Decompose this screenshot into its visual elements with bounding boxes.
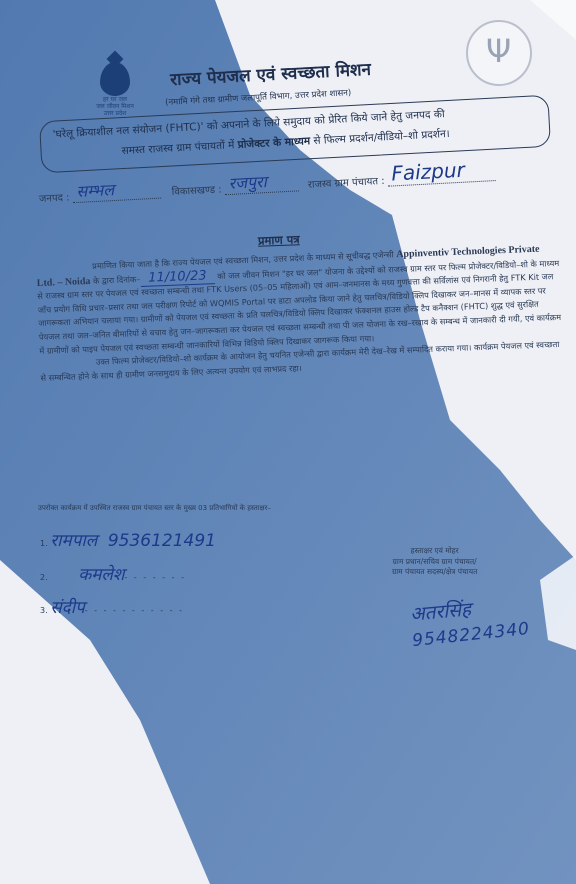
banner-line-2-post: से फिल्म प्रदर्शन/वीडियो–शो प्रदर्शन। <box>310 128 450 147</box>
authority-line-3: ग्राम पंचायत सदस्य/क्षेत्र पंचायत <box>392 567 477 578</box>
body-p1-b: के द्वारा दिनांक– <box>90 274 140 286</box>
participant-1-name: रामपाल <box>50 531 97 551</box>
certificate-heading: प्रमाण पत्र <box>258 232 300 248</box>
banner-line-2-pre: समस्त राजस्व ग्राम पंचायतों में <box>121 139 238 157</box>
logo-caption-1: हर घर जल <box>92 96 138 103</box>
authority-line-1: हस्ताक्षर एवं मोहर <box>392 546 477 557</box>
district-label: जनपद : <box>39 189 70 205</box>
authority-line-2: ग्राम प्रधान/सचिव ग्राम पंचायत/ <box>392 557 477 568</box>
dotted-line: - - - - - - - - - - - <box>85 606 184 615</box>
logo-caption-2: जल जीवन मिशन <box>92 103 138 110</box>
participant-1-number: 1. <box>40 539 48 548</box>
participant-2: 2. कमलेश- - - - - - - <box>40 562 186 585</box>
participant-1-phone: 9536121491 <box>108 531 216 551</box>
district-value: सम्भल <box>72 176 161 204</box>
participant-2-number: 2. <box>40 573 48 582</box>
participant-2-name: कमलेश <box>78 565 124 585</box>
mission-title: राज्य पेयजल एवं स्वच्छता मिशन <box>170 57 372 90</box>
mission-subtitle: (नमामि गंगे तथा ग्रामीण जलापूर्ति विभाग,… <box>165 87 352 108</box>
participant-3-number: 3. <box>40 606 48 615</box>
panchayat-value: Faizpur <box>387 156 496 187</box>
participant-3-name: संदीप <box>50 598 85 618</box>
participant-3: 3. संदीप- - - - - - - - - - - <box>40 595 184 618</box>
certificate-page: हर घर जल जल जीवन मिशन उत्तर प्रदेश राज्य… <box>0 0 576 884</box>
authority-block: हस्ताक्षर एवं मोहर ग्राम प्रधान/सचिव ग्र… <box>392 546 477 578</box>
panchayat-label: राजस्व ग्राम पंचायत : <box>307 173 384 191</box>
banner-line-2-bold: प्रोजेक्टर के माध्यम <box>237 135 310 151</box>
block-label: विकासखण्ड : <box>171 181 222 198</box>
participant-1: 1. रामपाल 9536121491 <box>40 528 216 551</box>
block-value: रजपुरा <box>224 168 299 195</box>
dotted-line: - - - - - - - <box>125 573 186 582</box>
authority-signature: अतरसिंह <box>409 595 472 626</box>
jal-jeevan-mission-logo: हर घर जल जल जीवन मिशन उत्तर प्रदेश <box>92 62 138 118</box>
up-emblem-icon <box>466 20 532 86</box>
water-drop-icon <box>100 62 130 96</box>
participants-intro: उपरोक्त कार्यक्रम में उपस्थित राजस्व ग्र… <box>38 503 338 513</box>
certificate-body: प्रमाणित किया जाता है कि राज्य पेयजल एवं… <box>36 242 564 385</box>
